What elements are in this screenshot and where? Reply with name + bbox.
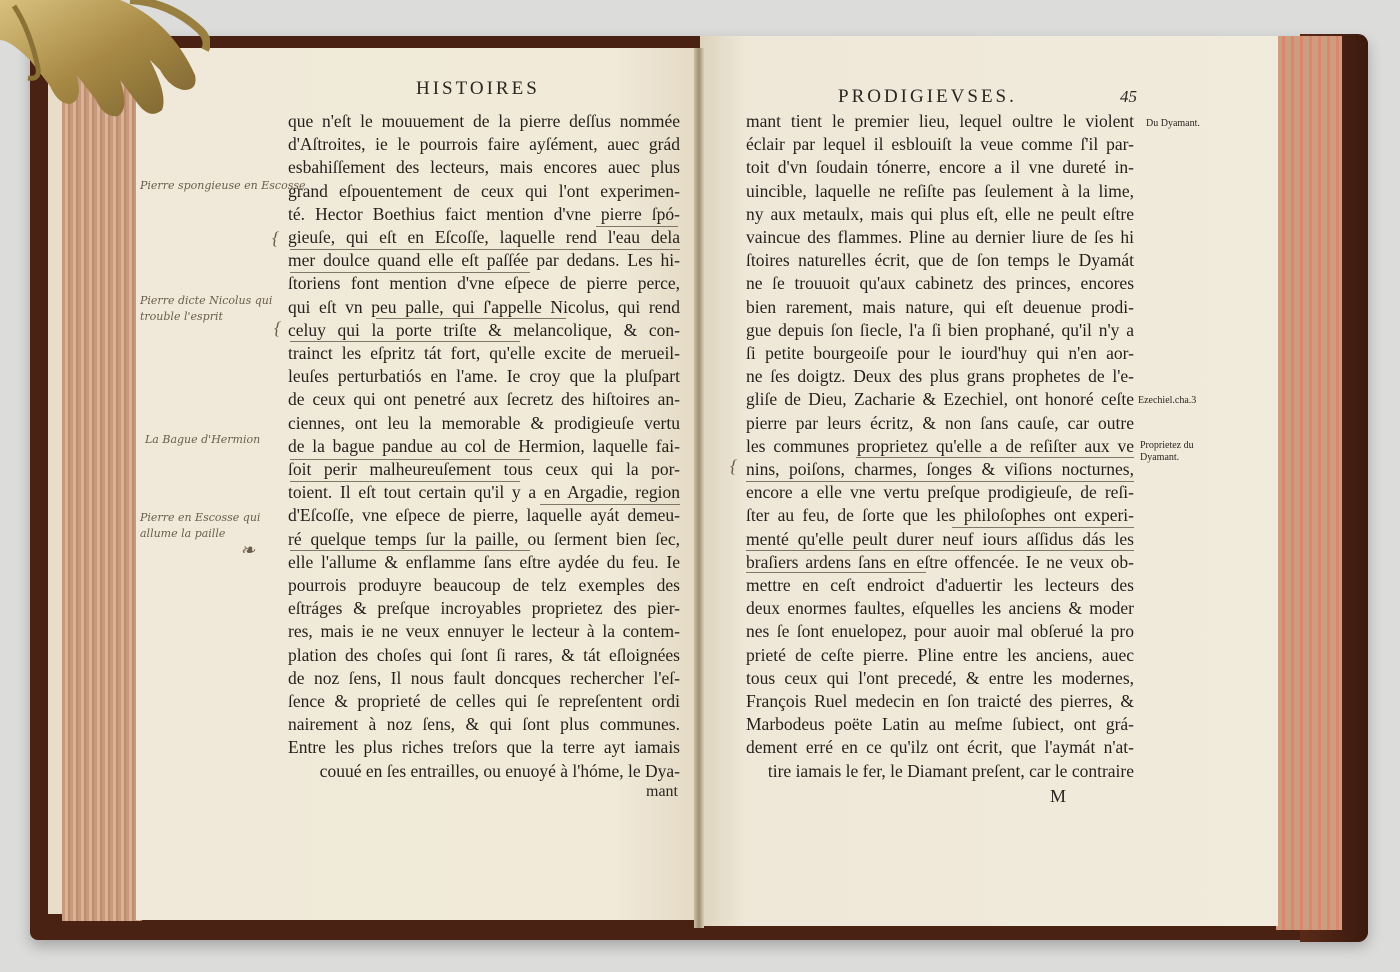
text-line: les communes proprietez qu'elle a de reſ… <box>746 435 1134 458</box>
handwritten-flourish-icon: ❧ <box>240 540 255 561</box>
text-line: plation des choſes qui ſont ſi rares, & … <box>288 644 680 667</box>
text-line: Marbodeus poëte Latin au meſme ſubiect, … <box>746 713 1134 736</box>
text-line: de la bague pandue au col de Hermion, la… <box>288 435 680 458</box>
text-line: pierre par leurs écritz, & non ſans cauſ… <box>746 412 1134 435</box>
text-line: d'Eſcoſſe, vne eſpece de pierre, laquell… <box>288 504 680 527</box>
text-line: ré quelque temps ſur la paille, ou ſerme… <box>288 528 680 551</box>
text-line: ne ſes doigtz. Deux des plus grans proph… <box>746 365 1134 388</box>
page-number: 45 <box>1120 87 1137 107</box>
text-line: gliſe de Dieu, Zacharie & Ezechiel, ont … <box>746 388 1134 411</box>
underline-mark <box>290 272 530 273</box>
underline-mark <box>376 318 566 319</box>
brass-hand-bookmark-icon <box>0 0 210 125</box>
signature-mark: M <box>1050 786 1066 807</box>
text-line: encore a elle vne vertu preſque prodigie… <box>746 481 1134 504</box>
text-line: bien rarement, mais nature, qui eſt deue… <box>746 296 1134 319</box>
text-line: gieuſe, qui eſt en Eſcoſſe, laquelle ren… <box>288 226 680 249</box>
right-page-edges <box>1276 36 1342 930</box>
handwritten-brace-icon: { <box>272 228 279 249</box>
underline-mark <box>952 527 1134 528</box>
text-line: ciennes, ont leu la memorable & prodigie… <box>288 412 680 435</box>
text-line: esbahiſſement des lecteurs, mais encores… <box>288 156 680 179</box>
text-line: dement erré en ce qu'ilz ont écrit, que … <box>746 736 1134 759</box>
text-line: François Ruel medecin en ſon traicté des… <box>746 690 1134 713</box>
text-line: toit d'vn ſoudain tónerre, encore a il v… <box>746 156 1134 179</box>
text-line: trainct les eſpritz tát fort, qu'elle ex… <box>288 342 680 365</box>
text-line: ſoit perir malheureuſement tous ceux qui… <box>288 458 680 481</box>
text-line: qui eſt vn peu palle, qui ſ'appelle Nico… <box>288 296 680 319</box>
text-line: mer doulce quand elle eſt paſſée par ded… <box>288 249 680 272</box>
text-line: toient. Il eſt tout certain qu'il y a en… <box>288 481 680 504</box>
text-line: menté qu'elle peult durer neuf iours aſſ… <box>746 528 1134 551</box>
underline-mark <box>540 504 680 505</box>
underline-mark <box>746 481 1134 482</box>
text-line: elle l'allume & enflamme ſans eſtre aydé… <box>288 551 680 574</box>
handwritten-note: Pierre en Escosse qui allume la paille <box>140 510 280 542</box>
text-line: éclair par lequel il esblouiſt la veue c… <box>746 133 1134 156</box>
underline-mark <box>290 341 520 342</box>
underline-mark <box>746 550 1134 551</box>
book-gutter <box>694 48 704 928</box>
handwritten-note: La Bague d'Hermion <box>145 432 260 448</box>
text-line: deux enormes faultes, eſquelles les anci… <box>746 597 1134 620</box>
handwritten-note: Pierre spongieuse en Escosse <box>140 178 306 194</box>
text-line: tire iamais le fer, le Diamant preſent, … <box>746 760 1134 783</box>
text-line: nins, poiſons, charmes, ſonges & viſions… <box>746 458 1134 481</box>
printed-margin-note: Ezechiel.cha.3 <box>1138 395 1196 407</box>
text-line: eſtráges & preſque incroyables propriete… <box>288 597 680 620</box>
left-page-edges <box>62 48 142 921</box>
text-line: nes ſe ſont enuelopez, pour auoir mal ob… <box>746 620 1134 643</box>
text-line: té. Hector Boethius faict mention d'vne … <box>288 203 680 226</box>
text-line: ſtoriens font mention d'vne eſpece de pi… <box>288 272 680 295</box>
text-line: celuy qui la porte triſte & melancolique… <box>288 319 680 342</box>
printed-margin-note: Du Dyamant. <box>1146 118 1200 130</box>
text-line: de noz ſens, Il nous fault doncques rech… <box>288 667 680 690</box>
text-line: braſiers ardens ſans en eſtre offencée. … <box>746 551 1134 574</box>
right-page-body: mant tient le premier lieu, lequel oultr… <box>746 110 1134 783</box>
underline-mark <box>596 226 678 227</box>
text-line: couué en ſes entrailles, ou enuoyé à l'h… <box>288 760 680 783</box>
handwritten-note: Pierre dicte Nicolus qui trouble l'espri… <box>140 293 290 325</box>
left-running-head: HISTOIRES <box>416 78 540 100</box>
text-line: tous ceux qui l'ont precedé, & entre les… <box>746 667 1134 690</box>
text-line: grand eſpouentement de ceux qui l'ont ex… <box>288 180 680 203</box>
text-line: mant tient le premier lieu, lequel oultr… <box>746 110 1134 133</box>
underline-mark <box>290 459 530 460</box>
handwritten-brace-icon: { <box>730 456 737 477</box>
text-line: de ceux qui ont penetré aux ſecretz des … <box>288 388 680 411</box>
text-line: ſi petite bourgeoiſe pour le iourd'huy q… <box>746 342 1134 365</box>
text-line: prieté de ceſte pierre. Pline entre les … <box>746 644 1134 667</box>
underline-mark <box>746 572 926 573</box>
text-line: vaincue des flammes. Pline au dernier li… <box>746 226 1134 249</box>
text-line: ny aux metaulx, mais qui plus eſt, elle … <box>746 203 1134 226</box>
left-page-body: que n'eſt le mouuement de la pierre deſſ… <box>288 110 680 783</box>
text-line: ſter au feu, de ſorte que les philoſophe… <box>746 504 1134 527</box>
text-line: res, mais ie ne veux ennuyer le lecteur … <box>288 620 680 643</box>
text-line: mettre en ceſt endroict d'aduertir les l… <box>746 574 1134 597</box>
text-line: d'Aſtroites, ie le pourrois faire ayſéme… <box>288 133 680 156</box>
text-line: pourrois produyre beaucoup de telz exemp… <box>288 574 680 597</box>
text-line: gue depuis ſon ſiecle, l'a ſi bien proph… <box>746 319 1134 342</box>
text-line: nairement à noz ſens, & qui ſont plus co… <box>288 713 680 736</box>
underline-mark <box>290 550 530 551</box>
text-line: uincible, laquelle ne reſiſte pas ſeulem… <box>746 180 1134 203</box>
underline-mark <box>856 457 1134 458</box>
catchword: mant <box>646 783 678 801</box>
text-line: ſence & proprieté de celles qui ſe repre… <box>288 690 680 713</box>
right-running-head: PRODIGIEVSES. <box>838 86 1017 108</box>
text-line: leuſes perturbatiós en l'ame. Ie croy qu… <box>288 365 680 388</box>
underline-mark <box>290 481 520 482</box>
underline-mark <box>290 249 680 250</box>
handwritten-brace-icon: { <box>274 318 281 339</box>
text-line: que n'eſt le mouuement de la pierre deſſ… <box>288 110 680 133</box>
printed-margin-note: Proprietez du Dyamant. <box>1140 440 1216 464</box>
text-line: Entre les plus riches treſors que la ter… <box>288 736 680 759</box>
text-line: ſtoires naturelles écrit, que de ſon tem… <box>746 249 1134 272</box>
text-line: ne ſe trouuoit qu'aux cabinetz des princ… <box>746 272 1134 295</box>
